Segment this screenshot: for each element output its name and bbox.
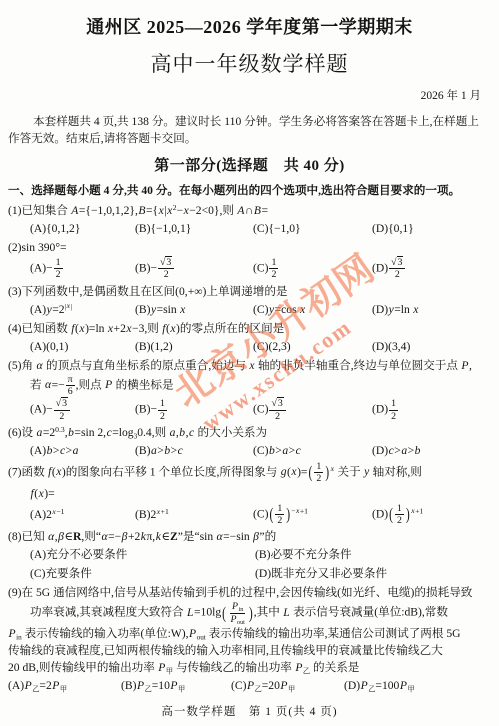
option-c: (C)(2,3) [253, 338, 372, 355]
option-b: (B)P乙=10P甲 [121, 677, 231, 694]
option-c: (C)y=cos x [253, 301, 372, 318]
option-c: (C)充要条件 [30, 565, 255, 582]
option-c: (C)(12)−x+1 [253, 503, 372, 527]
option-a: (A)y=2|x| [30, 301, 135, 318]
question-8-stem: (8)已知 α,β∈R,则“α=−β+2kπ,k∈Z”是“sin α=−sin … [8, 528, 491, 545]
page-footer: 高一数学样题 第 1 页(共 4 页) [8, 703, 491, 719]
question-3-stem: (3)下列函数中,是偶函数且在区间(0,+∞)上单调递增的是 [8, 283, 491, 300]
option-d: (D)(12)x+1 [372, 503, 491, 527]
question-6-stem: (6)设 a=20.3,b=sin 2,c=log30.4,则 a,b,c 的大… [8, 424, 491, 441]
question-9-stem: (9)在 5G 通信网络中,信号从基站传输到手机的过程中,会因传输线(如光纤、电… [8, 584, 491, 601]
exam-title-line2: 高中一年级数学样题 [8, 48, 491, 78]
option-b: (B)y=sin x [135, 301, 253, 318]
question-9-stem: 传输线的衰减程度,已知两根传输线的输入功率相同,且传输线甲的衰减量比传输线乙大 [8, 642, 491, 659]
exam-paper-page: 通州区 2025—2026 学年度第一学期期末 高中一年级数学样题 2026 年… [0, 0, 499, 726]
option-b: (B)(1,2) [135, 338, 253, 355]
question-7-stem: f(x)= [8, 485, 491, 502]
question-5: (5)角 α 的顶点与直角坐标系的原点重合,始边与 x 轴的非负半轴重合,终边与… [8, 357, 491, 422]
question-6-options: (A)b>c>a (B)a>b>c (C)b>a>c (D)c>a>b [8, 442, 491, 459]
question-2-options: (A)−12 (B)−√32 (C)12 (D)√32 [8, 257, 491, 281]
question-3-options: (A)y=2|x| (B)y=sin x (C)y=cos x (D)y=ln … [8, 301, 491, 318]
question-4: (4)已知函数 f(x)=ln x+2x−3,则 f(x)的零点所在的区间是 (… [8, 320, 491, 355]
option-d: (D)√32 [372, 257, 491, 281]
option-a: (A)P乙=2P甲 [8, 677, 121, 694]
question-1: (1)已知集合 A={−1,0,1,2},B={x|x2−x−2<0},则 A∩… [8, 202, 491, 237]
option-c: (C)b>a>c [253, 442, 372, 459]
option-d: (D){0,1} [372, 220, 491, 237]
question-7: (7)函数 f(x)的图象向右平移 1 个单位长度,所得图象与 g(x)=(12… [8, 461, 491, 526]
exam-notice-line: 本套样题共 4 页,共 138 分。建议时长 110 分钟。学生务必将答案答在答… [8, 113, 491, 130]
option-c: (C)12 [253, 257, 372, 281]
question-2-stem: (2)sin 390°= [8, 239, 491, 256]
option-a: (A)b>c>a [30, 442, 135, 459]
option-b: (B)2x+1 [135, 506, 253, 523]
question-4-options: (A)(0,1) (B)(1,2) (C)(2,3) (D)(3,4) [8, 338, 491, 355]
option-b: (B){−1,0,1} [135, 220, 253, 237]
question-8-options: (A)充分不必要条件 (B)必要不充分条件 (C)充要条件 (D)既非充分又非必… [8, 546, 491, 582]
option-c: (C)P乙=20P甲 [231, 677, 344, 694]
exam-notice-line: 作答无效。结束后,请将答题卡交回。 [8, 130, 491, 147]
exam-title-line1: 通州区 2025—2026 学年度第一学期期末 [8, 13, 491, 39]
exam-date: 2026 年 1 月 [8, 87, 491, 103]
option-d: (D)c>a>b [372, 442, 491, 459]
question-9: (9)在 5G 通信网络中,信号从基站传输到手机的过程中,会因传输线(如光纤、电… [8, 584, 491, 694]
question-2: (2)sin 390°= (A)−12 (B)−√32 (C)12 (D)√32 [8, 239, 491, 281]
option-d: (D)P乙=100P甲 [344, 677, 491, 694]
option-b: (B)−12 [135, 398, 253, 422]
question-1-options: (A){0,1,2} (B){−1,0,1} (C){−1,0} (D){0,1… [8, 220, 491, 237]
option-b: (B)−√32 [135, 257, 253, 281]
option-d: (D)既非充分又非必要条件 [255, 565, 491, 582]
question-6: (6)设 a=20.3,b=sin 2,c=log30.4,则 a,b,c 的大… [8, 424, 491, 459]
option-c: (C)√32 [253, 398, 372, 422]
option-d: (D)(3,4) [372, 338, 491, 355]
question-1-stem: (1)已知集合 A={−1,0,1,2},B={x|x2−x−2<0},则 A∩… [8, 202, 491, 219]
option-b: (B)a>b>c [135, 442, 253, 459]
question-9-stem: 20 dB,则传输线甲的输出功率 P甲 与传输线乙的输出功率 P乙 的关系是 [8, 659, 491, 676]
question-5-options: (A)−√32 (B)−12 (C)√32 (D)12 [8, 398, 491, 422]
question-5-stem: (5)角 α 的顶点与直角坐标系的原点重合,始边与 x 轴的非负半轴重合,终边与… [8, 357, 491, 374]
question-5-stem: 若 α=−π6,则点 P 的横坐标是 [8, 374, 491, 398]
question-9-stem: Pin 表示传输线的输入功率(单位:W),Pout 表示传输线的输出功率,某通信… [8, 625, 491, 642]
question-3: (3)下列函数中,是偶函数且在区间(0,+∞)上单调递增的是 (A)y=2|x|… [8, 283, 491, 318]
section-heading: 第一部分(选择题 共 40 分) [8, 154, 491, 175]
option-a: (A)−12 [30, 257, 135, 281]
option-a: (A)−√32 [30, 398, 135, 422]
question-9-stem: 功率衰减,其衰减程度大致符合 L=10lg(PinPout),其中 L 表示信号… [8, 601, 491, 625]
option-c: (C){−1,0} [253, 220, 372, 237]
option-d: (D)y=ln x [372, 301, 491, 318]
option-a: (A)(0,1) [30, 338, 135, 355]
option-a: (A)充分不必要条件 [30, 546, 255, 563]
option-b: (B)必要不充分条件 [255, 546, 491, 563]
exam-notice: 本套样题共 4 页,共 138 分。建议时长 110 分钟。学生务必将答案答在答… [8, 113, 491, 147]
question-7-stem: (7)函数 f(x)的图象向右平移 1 个单位长度,所得图象与 g(x)=(12… [8, 461, 491, 485]
question-4-stem: (4)已知函数 f(x)=ln x+2x−3,则 f(x)的零点所在的区间是 [8, 320, 491, 337]
option-a: (A){0,1,2} [30, 220, 135, 237]
question-8: (8)已知 α,β∈R,则“α=−β+2kπ,k∈Z”是“sin α=−sin … [8, 528, 491, 582]
option-d: (D)12 [372, 398, 491, 422]
option-a: (A)2x−1 [30, 506, 135, 523]
question-7-options: (A)2x−1 (B)2x+1 (C)(12)−x+1 (D)(12)x+1 [8, 503, 491, 527]
question-9-options: (A)P乙=2P甲 (B)P乙=10P甲 (C)P乙=20P甲 (D)P乙=10… [8, 677, 491, 694]
section-instruction: 一、选择题每小题 4 分,共 40 分。在每小题列出的四个选项中,选出符合题目要… [8, 182, 491, 199]
